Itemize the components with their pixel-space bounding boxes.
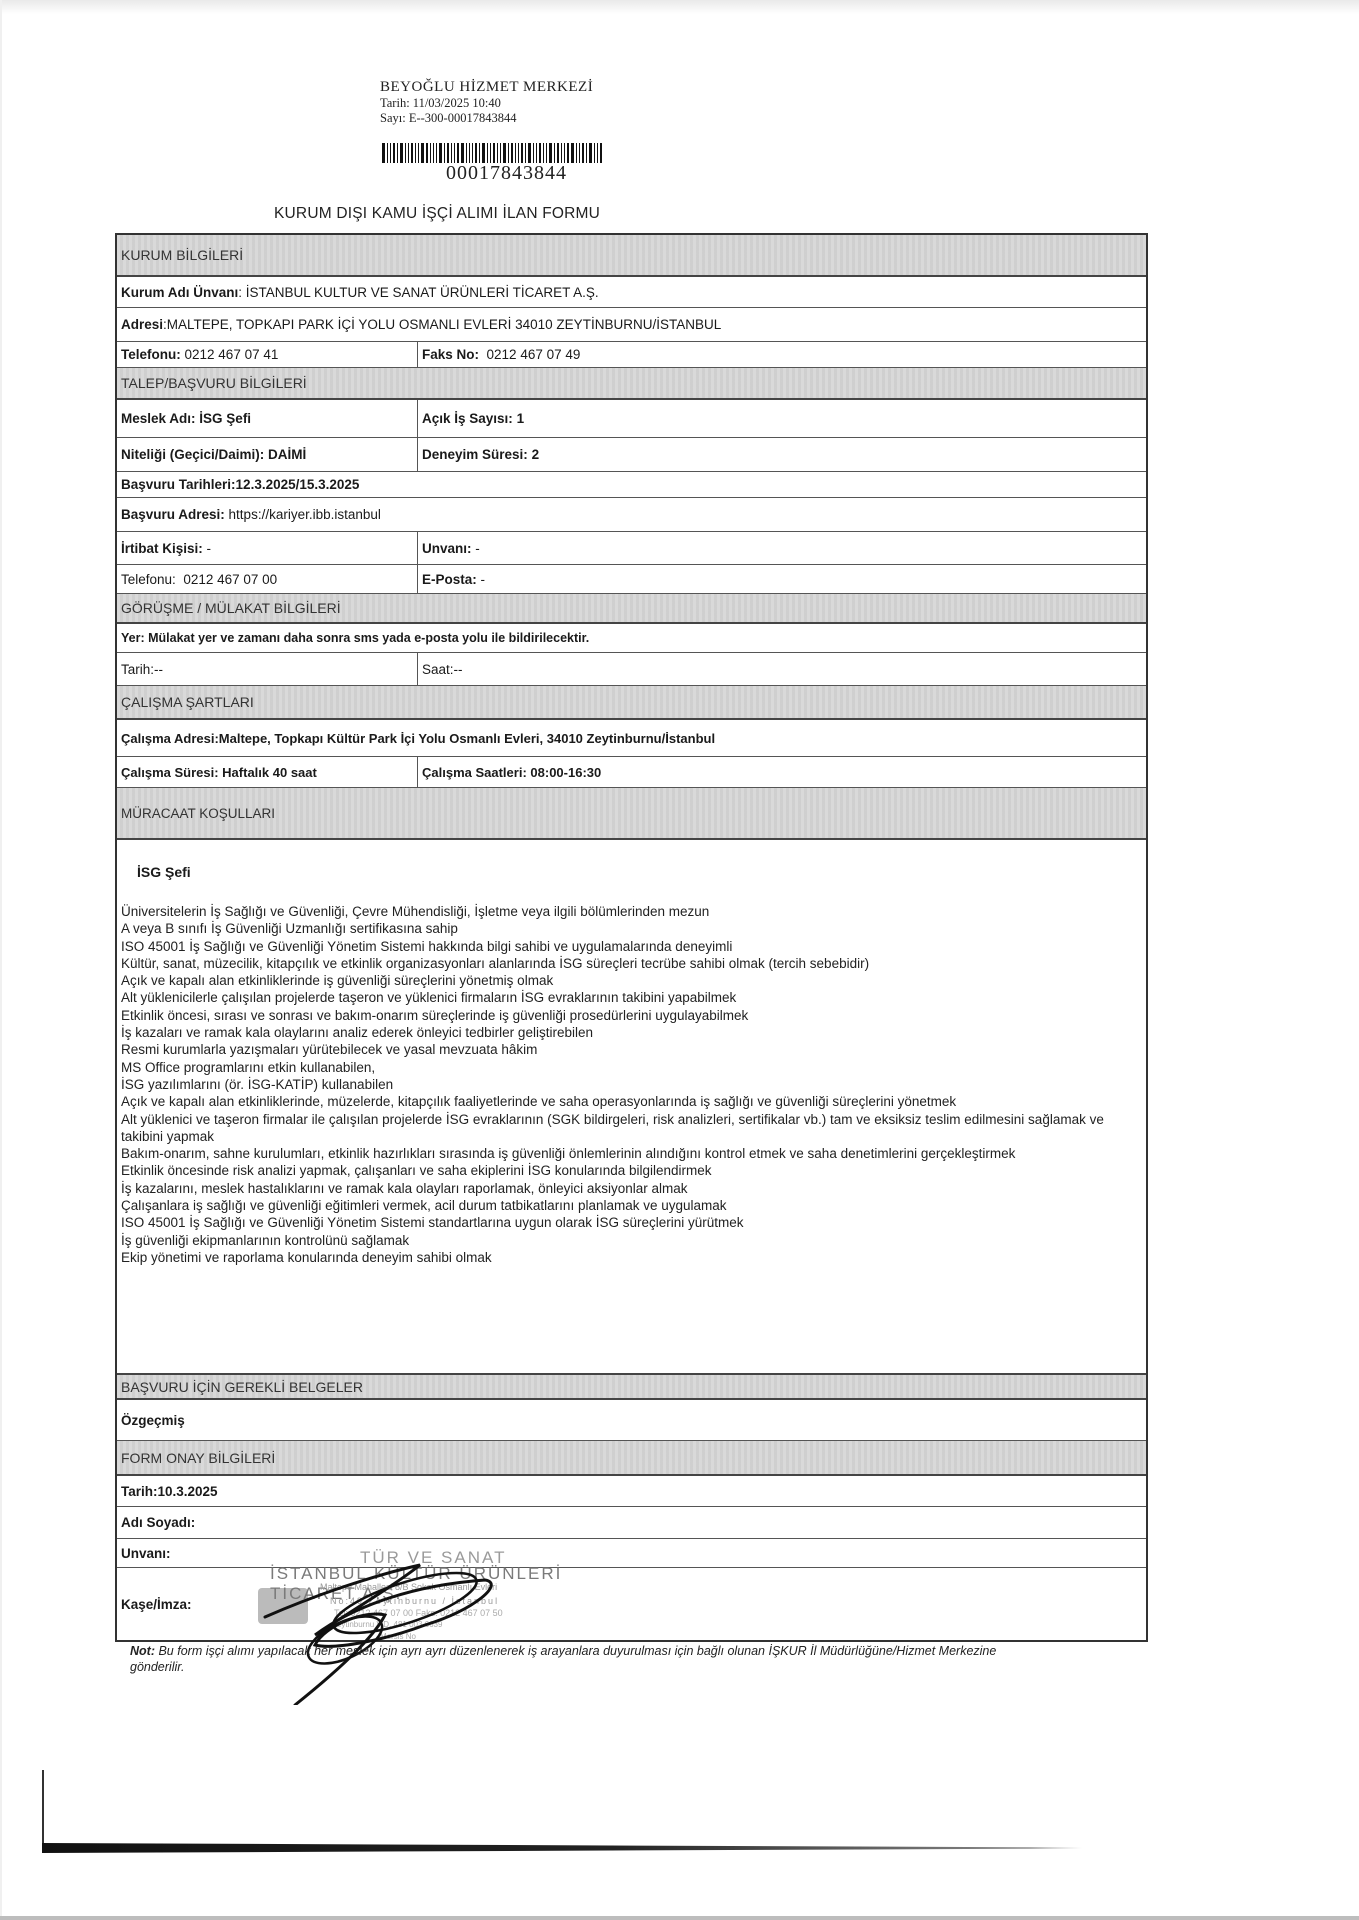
label: Adı Soyadı: — [121, 1515, 195, 1530]
row-belgeler: Özgeçmiş — [117, 1400, 1146, 1441]
barcode-bar — [564, 143, 565, 163]
label: Kaşe/İmza: — [121, 1597, 192, 1612]
field-kurum-adi: Kurum Adı Ünvanı : İSTANBUL KULTUR VE SA… — [117, 277, 1146, 307]
requirement-item: Ekip yönetimi ve raporlama konularında d… — [121, 1249, 1136, 1266]
field-adi-soyadi: Adı Soyadı: — [117, 1507, 1146, 1538]
section-header-muracaat: MÜRACAAT KOŞULLARI — [117, 788, 1146, 840]
requirement-item: Açık ve kapalı alan etkinliklerinde, müz… — [121, 1093, 1136, 1110]
barcode-bar — [511, 143, 513, 163]
requirement-item: ISO 45001 İş Sağlığı ve Güvenliği Yöneti… — [121, 938, 1136, 955]
label: Tarih: — [121, 662, 154, 677]
value: Maltepe, Topkapı Kültür Park İçi Yolu Os… — [219, 731, 715, 746]
barcode-bar — [579, 143, 580, 163]
field-adres: Adresi :MALTEPE, TOPKAPI PARK İÇİ YOLU O… — [117, 308, 1146, 341]
value: 12.3.2025/15.3.2025 — [236, 477, 360, 492]
label: Telefonu: — [121, 347, 181, 362]
barcode-bar — [426, 143, 428, 163]
document-item: Özgeçmiş — [117, 1400, 1146, 1440]
section-title: BAŞVURU İÇİN GEREKLİ BELGELER — [117, 1375, 1146, 1398]
barcode-bar — [557, 143, 559, 163]
barcode-bar — [597, 143, 598, 163]
label: Telefonu: — [121, 572, 176, 587]
requirement-item: Kültür, sanat, müzecilik, kitapçılık ve … — [121, 955, 1136, 972]
barcode-bar — [415, 143, 416, 163]
barcode-bar — [390, 143, 391, 163]
requirements-body: İSG Şefi Üniversitelerin İş Sağlığı ve G… — [117, 840, 1146, 1375]
value: İSG Şefi — [199, 411, 251, 426]
requirement-item: Etkinlik öncesinde risk analizi yapmak, … — [121, 1162, 1136, 1179]
barcode-bar — [487, 143, 488, 163]
barcode-bar — [594, 143, 595, 163]
value: - — [207, 541, 212, 556]
barcode-bar — [400, 143, 403, 163]
stamp-number: Sayı: E--300-00017843844 — [380, 111, 593, 126]
scan-left-edge — [0, 0, 2, 1920]
barcode-bar — [571, 143, 574, 163]
barcode-bar — [472, 143, 473, 163]
value: 08:00-16:30 — [530, 765, 601, 780]
label: Saat: — [422, 662, 454, 677]
barcode-bar — [430, 143, 431, 163]
section-header-calisma: ÇALIŞMA ŞARTLARI — [117, 686, 1146, 720]
barcode-bar — [469, 143, 470, 163]
note-label: Not: — [130, 1644, 155, 1658]
section-title: GÖRÜŞME / MÜLAKAT BİLGİLERİ — [117, 594, 1146, 622]
barcode-bar — [508, 143, 509, 163]
note-text: Bu form işçi alımı yapılacak her meslek … — [130, 1644, 996, 1674]
field-telefon-irtibat: Telefonu: 0212 467 07 00 — [117, 565, 418, 593]
barcode-bar — [515, 143, 516, 163]
stamp-date: Tarih: 11/03/2025 10:40 — [380, 96, 593, 111]
barcode-bar — [533, 143, 534, 163]
row-yer: Yer: Mülakat yer ve zamanı daha sonra sm… — [117, 624, 1146, 653]
section-title: ÇALIŞMA ŞARTLARI — [117, 686, 1146, 718]
field-unvan: Unvanı: - — [418, 532, 1146, 564]
row-adi-soyadi: Adı Soyadı: — [117, 1507, 1146, 1539]
label: Unvanı: — [422, 541, 472, 556]
field-acik-is: Açık İş Sayısı: 1 — [418, 400, 1146, 437]
requirement-item: İş kazaları ve ramak kala olaylarını ana… — [121, 1024, 1136, 1041]
requirement-item: İş güvenliği ekipmanlarının kontrolünü s… — [121, 1232, 1136, 1249]
barcode-bar — [451, 143, 452, 163]
requirement-item: A veya B sınıfı İş Güvenliği Uzmanlığı s… — [121, 920, 1136, 937]
registration-stamp: BEYOĞLU HİZMET MERKEZİ Tarih: 11/03/2025… — [380, 78, 593, 126]
label: Faks No: — [422, 347, 479, 362]
value: :MALTEPE, TOPKAPI PARK İÇİ YOLU OSMANLI … — [163, 317, 721, 332]
barcode-bar — [479, 143, 480, 163]
barcode-bar — [421, 143, 424, 163]
barcode-bar — [589, 143, 592, 163]
label: Deneyim Süresi: — [422, 447, 528, 462]
section-title: TALEP/BAŞVURU BİLGİLERİ — [117, 368, 1146, 398]
barcode-bar — [561, 143, 562, 163]
section-header-talep: TALEP/BAŞVURU BİLGİLERİ — [117, 368, 1146, 400]
row-basvuru-adresi: Başvuru Adresi: https://kariyer.ibb.ista… — [117, 498, 1146, 532]
section-header-gorusme: GÖRÜŞME / MÜLAKAT BİLGİLERİ — [117, 594, 1146, 624]
label: Meslek Adı: — [121, 411, 196, 426]
barcode-bar — [500, 143, 501, 163]
barcode-bar — [525, 143, 526, 163]
barcode-bar — [393, 143, 395, 163]
barcode-bar — [549, 143, 552, 163]
label: Niteliği (Geçici/Daimi): — [121, 447, 264, 462]
row-telefon-faks: Telefonu: 0212 467 07 41 Faks No: 0212 4… — [117, 342, 1146, 368]
barcode-bar — [521, 143, 523, 163]
requirement-item: Çalışanlara iş sağlığı ve güvenliği eğit… — [121, 1197, 1136, 1214]
job-posting-form: KURUM BİLGİLERİ Kurum Adı Ünvanı : İSTAN… — [115, 233, 1148, 1642]
field-telefon: Telefonu: 0212 467 07 41 — [117, 342, 418, 367]
barcode-bar — [439, 143, 442, 163]
row-iletisim: Telefonu: 0212 467 07 00 E-Posta: - — [117, 565, 1146, 594]
label: Başvuru Adresi: — [121, 507, 225, 522]
label: Çalışma Süresi: — [121, 765, 219, 780]
requirement-item: MS Office programlarını etkin kullanabil… — [121, 1059, 1136, 1076]
value: 0212 467 07 41 — [185, 347, 279, 362]
barcode-bar — [490, 143, 491, 163]
barcode-bar — [457, 143, 459, 163]
scan-bottom-edge — [0, 1916, 1359, 1920]
field-basvuru-tarihleri: Başvuru Tarihleri:12.3.2025/15.3.2025 — [117, 472, 1146, 497]
barcode-bar — [546, 143, 547, 163]
barcode-bar — [586, 143, 587, 163]
barcode-bar — [536, 143, 537, 163]
field-calisma-suresi: Çalışma Süresi: Haftalık 40 saat — [117, 757, 418, 787]
label: Tarih: — [121, 1484, 158, 1499]
row-meslek: Meslek Adı: İSG Şefi Açık İş Sayısı: 1 — [117, 400, 1146, 438]
field-deneyim: Deneyim Süresi: 2 — [418, 438, 1146, 471]
label: Yer: — [121, 631, 145, 645]
requirements-list: Üniversitelerin İş Sağlığı ve Güvenliği,… — [121, 903, 1136, 1266]
label: Açık İş Sayısı: — [422, 411, 513, 426]
value: : İSTANBUL KULTUR VE SANAT ÜRÜNLERİ TİCA… — [238, 285, 598, 300]
section-title: FORM ONAY BİLGİLERİ — [117, 1441, 1146, 1474]
requirement-item: Alt yüklenici ve taşeron firmalar ile ça… — [121, 1111, 1136, 1146]
barcode-bar — [497, 143, 498, 163]
form-title: KURUM DIŞI KAMU İŞÇİ ALIMI İLAN FORMU — [274, 205, 600, 223]
barcode-bar — [576, 143, 577, 163]
barcode-bar — [539, 143, 541, 163]
field-eposta: E-Posta: - — [418, 565, 1146, 593]
section-title: MÜRACAAT KOŞULLARI — [117, 788, 1146, 838]
barcode-bar — [528, 143, 531, 163]
field-calisma-adresi: Çalışma Adresi:Maltepe, Topkapı Kültür P… — [117, 720, 1146, 756]
row-adres: Adresi :MALTEPE, TOPKAPI PARK İÇİ YOLU O… — [117, 308, 1146, 342]
value: Mülakat yer ve zamanı daha sonra sms yad… — [148, 631, 589, 645]
requirement-item: Bakım-onarım, sahne kurulumları, etkinli… — [121, 1145, 1136, 1162]
label: Çalışma Saatleri: — [422, 765, 527, 780]
value: - — [475, 541, 480, 556]
requirement-item: İş kazalarını, meslek hastalıklarını ve … — [121, 1180, 1136, 1197]
row-onay-unvan: Unvanı: — [117, 1539, 1146, 1568]
barcode-bar — [466, 143, 467, 163]
barcode-bar — [418, 143, 419, 163]
stamp-office: BEYOĞLU HİZMET MERKEZİ — [380, 78, 593, 96]
barcode-bar — [554, 143, 555, 163]
value: - — [481, 572, 486, 587]
requirement-item: Resmi kurumlarla yazışmaları yürütebilec… — [121, 1041, 1136, 1058]
requirement-item: Açık ve kapalı alan etkinliklerinde iş g… — [121, 972, 1136, 989]
application-url[interactable]: https://kariyer.ibb.istanbul — [229, 507, 381, 522]
footer-note: Not: Bu form işçi alımı yapılacak her me… — [130, 1643, 1030, 1675]
label: Başvuru Tarihleri: — [121, 477, 236, 492]
barcode-bar — [582, 143, 584, 163]
barcode-bar — [382, 143, 385, 163]
row-nitelik: Niteliği (Geçici/Daimi): DAİMİ Deneyim S… — [117, 438, 1146, 472]
barcode-bar — [567, 143, 569, 163]
section-title: KURUM BİLGİLERİ — [117, 235, 1146, 275]
field-gorusme-tarih: Tarih:-- — [117, 653, 418, 685]
field-meslek: Meslek Adı: İSG Şefi — [117, 400, 418, 437]
barcode-bar — [436, 143, 437, 163]
field-nitelik: Niteliği (Geçici/Daimi): DAİMİ — [117, 438, 418, 471]
value: DAİMİ — [268, 447, 306, 462]
label: Adresi — [121, 317, 163, 332]
field-kase-imza: Kaşe/İmza: — [117, 1568, 1146, 1640]
barcode-bar — [493, 143, 495, 163]
label: Kurum Adı Ünvanı — [121, 285, 238, 300]
barcode-bar — [503, 143, 506, 163]
field-yer: Yer: Mülakat yer ve zamanı daha sonra sm… — [117, 624, 1146, 652]
row-kurum-adi: Kurum Adı Ünvanı : İSTANBUL KULTUR VE SA… — [117, 277, 1146, 308]
barcode-number: 00017843844 — [446, 162, 567, 185]
barcode-bar — [454, 143, 455, 163]
label: İrtibat Kişisi: — [121, 541, 203, 556]
barcode-bar — [482, 143, 485, 163]
label: E-Posta: — [422, 572, 477, 587]
barcode-bar — [397, 143, 398, 163]
section-header-kurum: KURUM BİLGİLERİ — [117, 235, 1146, 277]
section-header-belgeler: BAŞVURU İÇİN GEREKLİ BELGELER — [117, 1375, 1146, 1400]
value: -- — [154, 662, 163, 677]
barcode-bar — [600, 143, 602, 163]
value: 1 — [517, 411, 525, 426]
barcode-bar — [387, 143, 388, 163]
scan-margin-line — [42, 1770, 44, 1850]
requirements-job-title: İSG Şefi — [137, 864, 191, 880]
field-onay-tarih: Tarih:10.3.2025 — [117, 1476, 1146, 1506]
barcode-bar — [447, 143, 449, 163]
row-calisma-adresi: Çalışma Adresi:Maltepe, Topkapı Kültür P… — [117, 720, 1146, 757]
requirement-item: İSG yazılımlarını (ör. İSG-KATİP) kullan… — [121, 1076, 1136, 1093]
scan-artifact-bar — [42, 1843, 1082, 1853]
value: 2 — [532, 447, 540, 462]
field-basvuru-adresi: Başvuru Adresi: https://kariyer.ibb.ista… — [117, 498, 1146, 531]
barcode-bar — [444, 143, 445, 163]
barcode-bar — [543, 143, 544, 163]
label: Çalışma Adresi: — [121, 731, 219, 746]
row-kase-imza: Kaşe/İmza: — [117, 1568, 1146, 1642]
barcode — [382, 143, 654, 163]
barcode-bar — [405, 143, 406, 163]
section-header-onay: FORM ONAY BİLGİLERİ — [117, 1441, 1146, 1476]
field-onay-unvan: Unvanı: — [117, 1539, 1146, 1567]
row-irtibat: İrtibat Kişisi: - Unvanı: - — [117, 532, 1146, 565]
requirement-item: ISO 45001 İş Sağlığı ve Güvenliği Yöneti… — [121, 1214, 1136, 1231]
scan-top-shadow — [0, 0, 1359, 14]
barcode-bar — [408, 143, 409, 163]
requirement-item: Alt yüklenicilerle çalışılan projelerde … — [121, 989, 1136, 1006]
requirement-item: Etkinlik öncesi, sırası ve sonrası ve ba… — [121, 1007, 1136, 1024]
row-basvuru-tarihleri: Başvuru Tarihleri:12.3.2025/15.3.2025 — [117, 472, 1146, 498]
value: 0212 467 07 00 — [183, 572, 277, 587]
barcode-bar — [411, 143, 413, 163]
value: -- — [454, 662, 463, 677]
requirement-item: Üniversitelerin İş Sağlığı ve Güvenliği,… — [121, 903, 1136, 920]
barcode-bar — [518, 143, 519, 163]
value: 0212 467 07 49 — [487, 347, 581, 362]
value: Haftalık 40 saat — [222, 765, 317, 780]
barcode-bar — [433, 143, 434, 163]
row-calisma-suresi: Çalışma Süresi: Haftalık 40 saat Çalışma… — [117, 757, 1146, 788]
barcode-bar — [461, 143, 464, 163]
row-tarih-saat: Tarih:-- Saat:-- — [117, 653, 1146, 686]
label: Unvanı: — [121, 1546, 171, 1561]
field-faks: Faks No: 0212 467 07 49 — [418, 342, 1146, 367]
row-onay-tarih: Tarih:10.3.2025 — [117, 1476, 1146, 1507]
field-gorusme-saat: Saat:-- — [418, 653, 1146, 685]
value: 10.3.2025 — [158, 1484, 218, 1499]
field-calisma-saatleri: Çalışma Saatleri: 08:00-16:30 — [418, 757, 1146, 787]
field-irtibat: İrtibat Kişisi: - — [117, 532, 418, 564]
barcode-bar — [475, 143, 477, 163]
